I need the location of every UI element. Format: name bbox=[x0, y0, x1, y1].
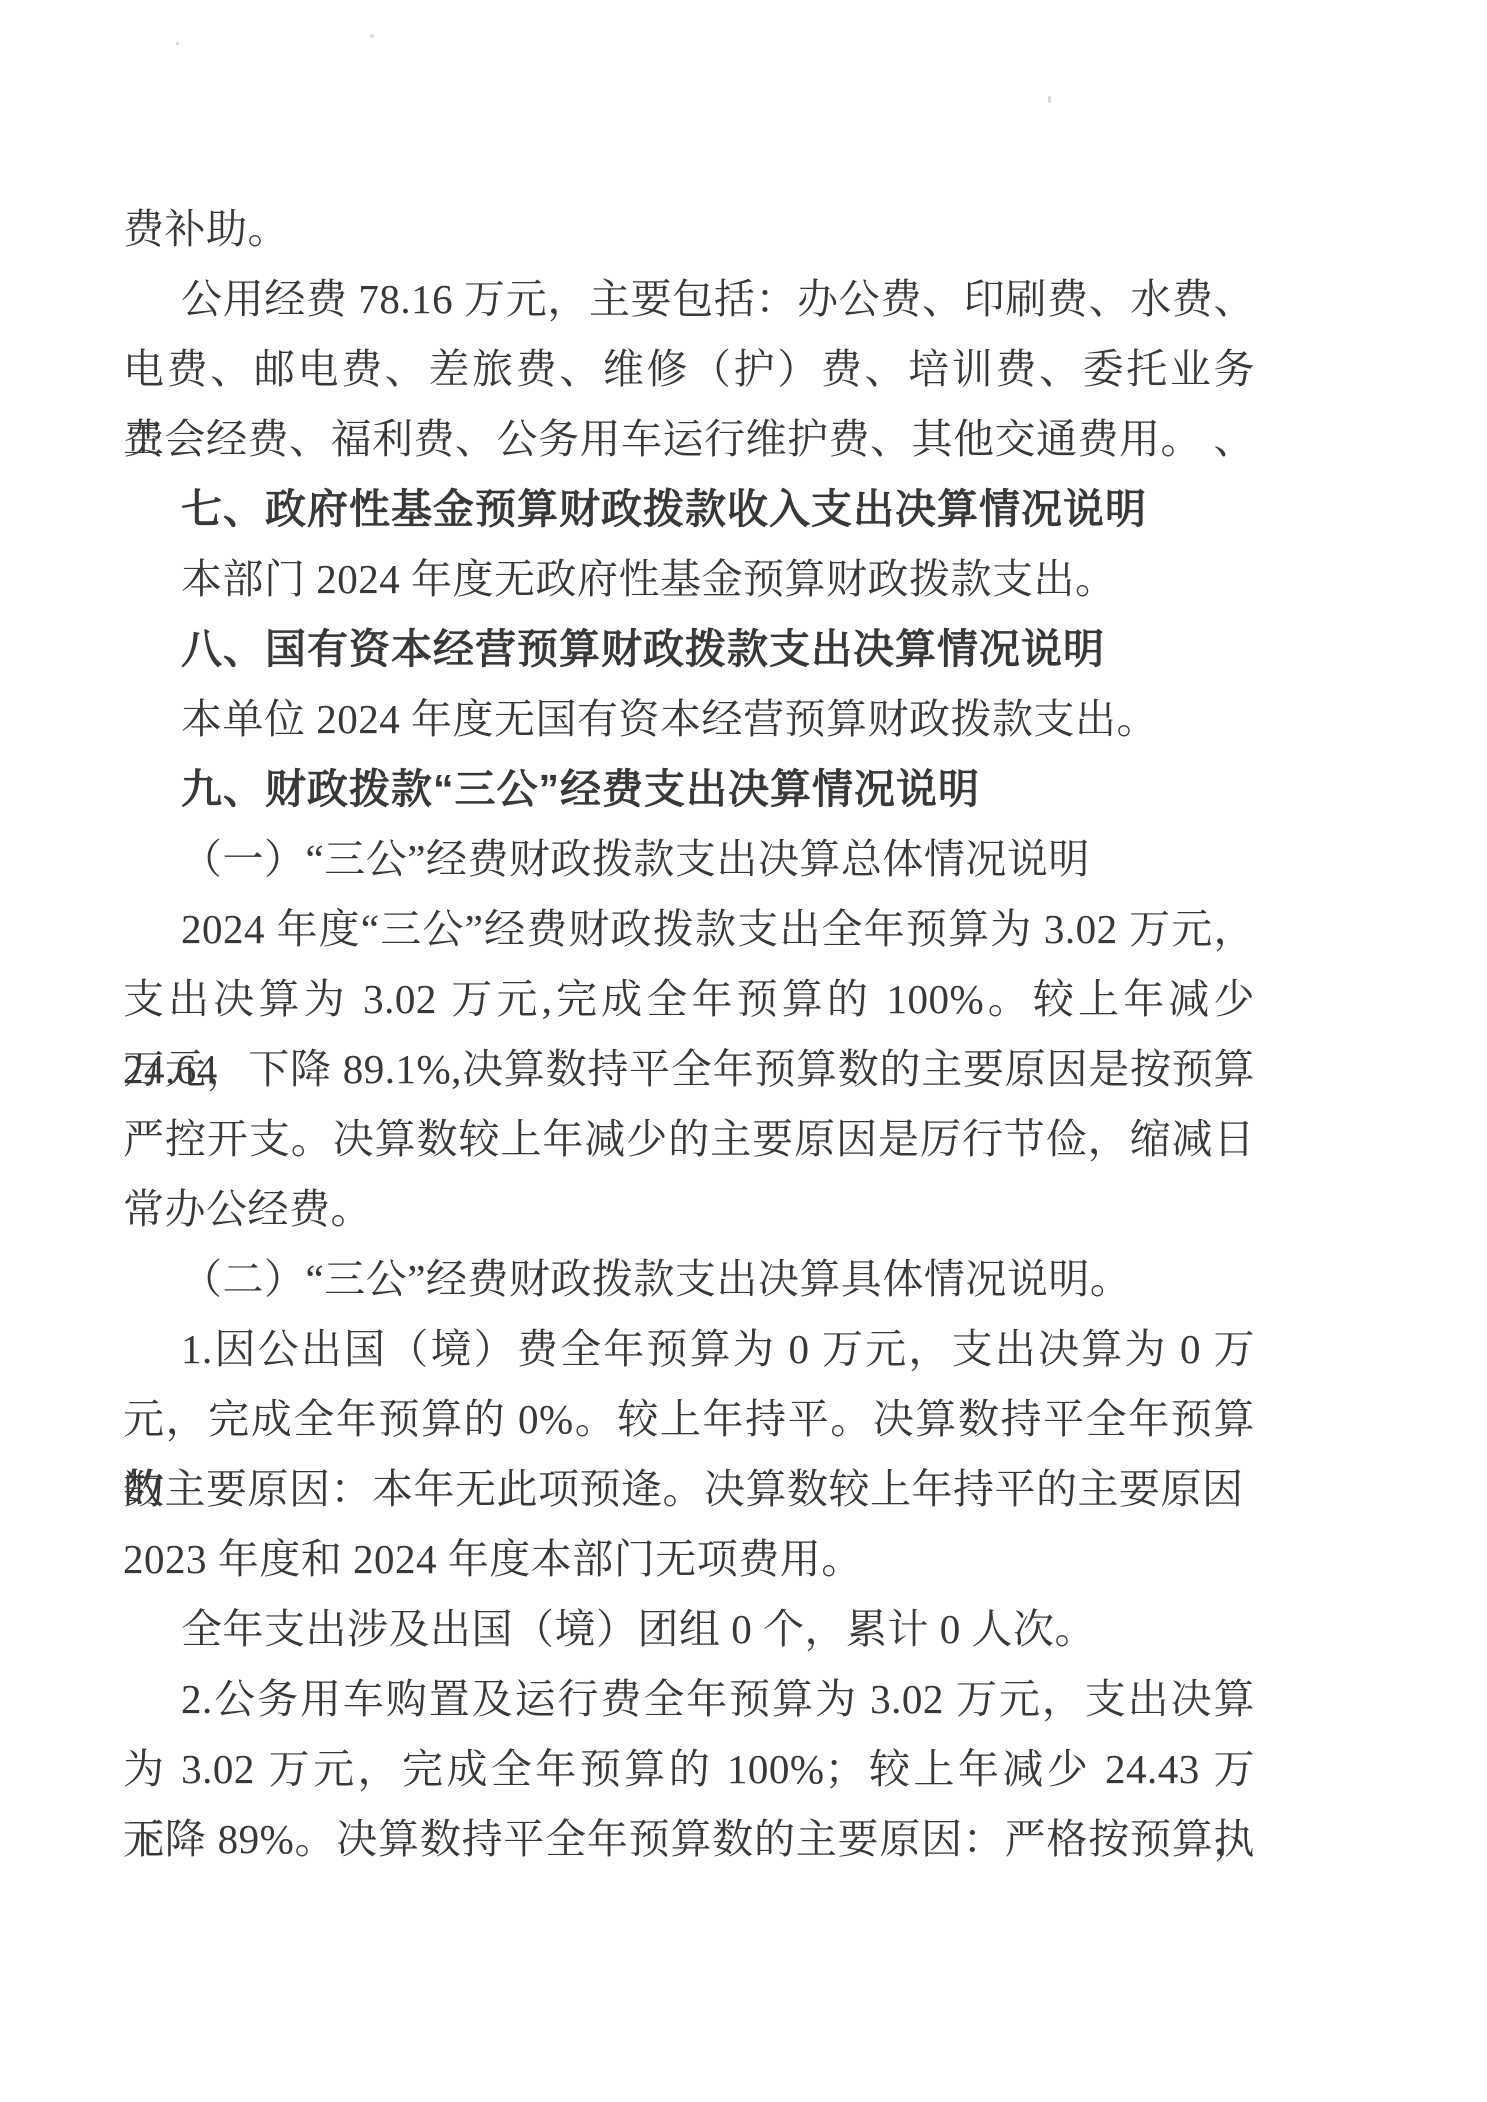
text-line: 2.公务用车购置及运行费全年预算为 3.02 万元，支出决算 bbox=[123, 1664, 1255, 1734]
text-block: 费补助。 公用经费 78.16 万元，主要包括：办公费、印刷费、水费、 电费、邮… bbox=[123, 194, 1255, 1874]
section-heading: 九、财政拨款“三公”经费支出决算情况说明 bbox=[123, 754, 1255, 824]
text-line: 为 3.02 万元，完成全年预算的 100%；较上年减少 24.43 万元， bbox=[123, 1734, 1255, 1804]
text-line: 2024 年度“三公”经费财政拨款支出全年预算为 3.02 万元， bbox=[123, 894, 1255, 964]
text-line: 元，完成全年预算的 0%。较上年持平。决算数持平全年预算数 bbox=[123, 1384, 1255, 1454]
text-line: 工会经费、福利费、公务用车运行维护费、其他交通费用。 bbox=[123, 404, 1255, 474]
scan-speck bbox=[370, 34, 374, 38]
text-line: 全年支出涉及出国（境）团组 0 个，累计 0 人次。 bbox=[123, 1594, 1255, 1664]
section-heading: 七、政府性基金预算财政拨款收入支出决算情况说明 bbox=[123, 474, 1255, 544]
subsection-heading: （一）“三公”经费财政拨款支出决算总体情况说明 bbox=[123, 824, 1255, 894]
document-page: 费补助。 公用经费 78.16 万元，主要包括：办公费、印刷费、水费、 电费、邮… bbox=[0, 0, 1487, 2102]
text-line: 1.因公出国（境）费全年预算为 0 万元，支出决算为 0 万 bbox=[123, 1314, 1255, 1384]
scan-speck bbox=[1048, 96, 1051, 103]
section-heading: 八、国有资本经营预算财政拨款支出决算情况说明 bbox=[123, 614, 1255, 684]
text-line: 本部门 2024 年度无政府性基金预算财政拨款支出。 bbox=[123, 544, 1255, 614]
text-line: 万元，下降 89.1%,决算数持平全年预算数的主要原因是按预算 bbox=[123, 1034, 1255, 1104]
text-line: 本单位 2024 年度无国有资本经营预算财政拨款支出。 bbox=[123, 684, 1255, 754]
text-line: 常办公经费。 bbox=[123, 1174, 1255, 1244]
text-line: 2023 年度和 2024 年度本部门无项费用。 bbox=[123, 1524, 1255, 1594]
subsection-heading: （二）“三公”经费财政拨款支出决算具体情况说明。 bbox=[123, 1244, 1255, 1314]
text-line: 下降 89%。决算数持平全年预算数的主要原因：严格按预算执 bbox=[123, 1804, 1255, 1874]
text-line: 电费、邮电费、差旅费、维修（护）费、培训费、委托业务费、 bbox=[123, 334, 1255, 404]
text-line: 的主要原因：本年无此项预逄。决算数较上年持平的主要原因 bbox=[123, 1454, 1255, 1524]
text-line: 费补助。 bbox=[123, 194, 1255, 264]
scan-speck bbox=[176, 42, 179, 45]
text-line: 支出决算为 3.02 万元,完成全年预算的 100%。较上年减少 24.64 bbox=[123, 964, 1255, 1034]
text-line: 严控开支。决算数较上年减少的主要原因是厉行节俭，缩减日 bbox=[123, 1104, 1255, 1174]
text-line: 公用经费 78.16 万元，主要包括：办公费、印刷费、水费、 bbox=[123, 264, 1255, 334]
